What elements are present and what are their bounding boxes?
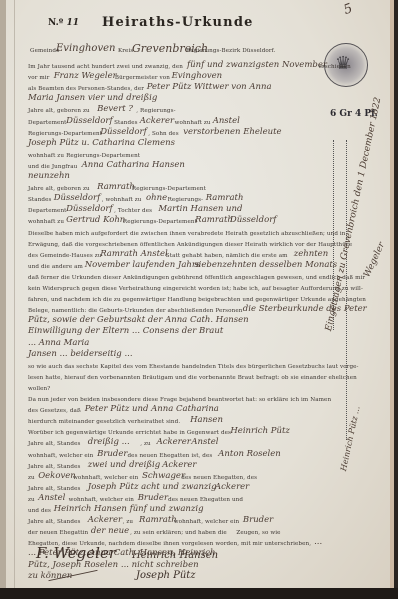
handwritten-entry: Bruder xyxy=(97,449,127,459)
printed-text: Bürgermeister von xyxy=(115,75,170,81)
handwritten-entry: Heinrich Pütz xyxy=(230,426,289,436)
handwritten-entry: Bevert ? xyxy=(97,104,133,114)
printed-text: daß ferner die Urkunden dieser Ankündigu… xyxy=(28,275,365,281)
handwritten-entry: Hansen xyxy=(190,415,223,425)
handwritten-entry: Düsseldorf xyxy=(230,215,277,225)
signature-mayor: F. Wegeler xyxy=(36,544,116,562)
printed-text: wohnhaft zu xyxy=(28,219,64,225)
handwritten-entry: verstorbenen Eheleute xyxy=(183,127,281,137)
document-line: wohnhaft zuGertrud KohnRegierungs-Depart… xyxy=(28,217,318,228)
document-page: N.º 11 Heiraths-Urkunde 5 ♛ 6 Gr 4 Pf. G… xyxy=(6,0,394,588)
handwritten-entry: Bruder xyxy=(243,515,273,525)
handwritten-entry: Heinrich Hansen fünf und zwanzig xyxy=(54,504,204,514)
printed-text: Jahre alt, Standes xyxy=(28,441,80,447)
printed-text: Regierungs-Departement xyxy=(66,153,140,159)
handwritten-entry: Ackerer xyxy=(140,116,174,126)
document-line: der neuen Ehegattinder neue, zu sein erk… xyxy=(28,528,318,539)
handwritten-entry: Evinghoven xyxy=(172,71,223,81)
document-line: Dieselbe haben mich aufgefordert die zwi… xyxy=(28,229,318,240)
handwritten-entry: Joseph Pütz u. Catharina Clemens xyxy=(28,138,175,148)
printed-text: lesen hatte, hierauf den vorbenannten Br… xyxy=(28,375,357,381)
handwritten-entry: der neue xyxy=(91,526,129,536)
handwritten-entry: Anton Roselen xyxy=(218,449,280,459)
printed-text: , Sohn des xyxy=(148,131,179,137)
printed-text: , Tochter des xyxy=(114,208,152,214)
handwritten-entry: Düsseldorf xyxy=(66,116,113,126)
margin-dotted-line xyxy=(346,140,347,440)
corner-mark: 5 xyxy=(342,1,355,18)
handwritten-entry: Peter Pütz Wittwer von Anna xyxy=(147,82,272,92)
printed-text: , wohnhaft zu xyxy=(102,197,142,203)
handwritten-entry: Ramrath xyxy=(206,193,244,203)
printed-text: erschienen xyxy=(319,64,351,70)
handwritten-entry: Ramrath Anstel xyxy=(100,249,168,259)
printed-text: wohnhaft zu xyxy=(28,153,64,159)
printed-text: des neuen Ehegatten und xyxy=(168,497,243,503)
handwritten-entry: Franz Wegeler xyxy=(54,71,117,81)
printed-text: Jahre alt, Standes xyxy=(28,464,80,470)
printed-text: , zu xyxy=(140,441,151,447)
printed-text: der neuen Ehegattin xyxy=(28,530,88,536)
printed-text: , zu xyxy=(123,519,134,525)
document-line: Jansen ... beiderseitig ... xyxy=(28,351,318,362)
printed-text: wohnhaft, welcher ein xyxy=(28,453,93,459)
handwritten-entry: zehnten xyxy=(294,249,328,259)
handwritten-entry: Ackerer xyxy=(157,437,191,447)
printed-text: des Gemeinde-Hauses zu xyxy=(28,253,102,259)
handwritten-entry: fünf und zwanzigsten November xyxy=(187,60,327,70)
printed-text: Statt gehabt haben, nämlich die erste am xyxy=(166,253,288,259)
signature-witness-1: Heinrich Hansen xyxy=(132,550,218,561)
handwritten-entry: die Sterbeurkunde des Peter xyxy=(243,304,367,314)
handwritten-entry: Oekoven xyxy=(38,471,76,481)
printed-text: als Beamten des Personen-Standes, der xyxy=(28,86,144,92)
printed-text: Da nun jeder von beiden insbesondere die… xyxy=(28,397,331,403)
printed-text: Worüber ich gegenwärtige Urkunde erricht… xyxy=(28,430,231,436)
document-line: so wie auch das sechste Kapitel des vom … xyxy=(28,362,318,373)
printed-text: Im Jahr tausend acht hundert zwei und zw… xyxy=(28,64,183,70)
printed-text: fahren, und nachdem ich die zu gegenwärt… xyxy=(28,297,366,303)
printed-text: des neuen Ehegatten, des xyxy=(181,475,257,481)
document-line: Jahre alt, StandesJoseph Pütz acht und z… xyxy=(28,484,318,495)
document-line: neunzehn xyxy=(28,173,318,184)
document-line: kein Widerspruch gegen diese Verheirathu… xyxy=(28,284,318,295)
handwritten-entry: Pütz, sowie der Geburtsakt der Anna Cath… xyxy=(28,315,249,325)
handwritten-entry: Anstel xyxy=(38,493,65,503)
printed-text: wollen? xyxy=(28,386,50,392)
margin-signature: Wegeler xyxy=(362,241,387,279)
printed-text: Regierungs-Departement xyxy=(132,186,206,192)
handwritten-entry: ... xyxy=(314,537,322,547)
handwritten-entry: dreißig ... xyxy=(88,437,130,447)
handwritten-entry: Anna Catharina Hansen xyxy=(82,160,185,170)
printed-text: Erwägung, daß die vorgeschriebenen öffen… xyxy=(28,242,352,248)
handwritten-entry: Düsseldorf xyxy=(54,193,101,203)
document-line: lesen hatte, hierauf den vorbenannten Br… xyxy=(28,373,318,384)
printed-text: kein Widerspruch gegen diese Verheirathu… xyxy=(28,286,363,292)
printed-text: Dieselbe haben mich aufgefordert die zwi… xyxy=(28,231,345,237)
printed-text: Regierungs-Departement xyxy=(28,131,102,137)
handwritten-entry: Düsseldorf xyxy=(66,204,113,214)
handwritten-entry: Martin Hansen und xyxy=(158,204,242,214)
printed-text: Regierungs- xyxy=(168,197,204,203)
handwritten-entry: Gertrud Kohn xyxy=(66,215,125,225)
printed-text: Jahre alt, geboren zu xyxy=(28,186,90,192)
signature-witness-2: Joseph Pütz xyxy=(136,570,196,581)
printed-text: Standes xyxy=(114,120,137,126)
margin-note-lower: Heinrich Pütz ... xyxy=(339,405,362,472)
printed-text: wohnhaft, welcher ein xyxy=(174,519,239,525)
printed-text: Standes xyxy=(28,197,51,203)
printed-text: zu xyxy=(28,475,35,481)
handwritten-entry: Ramrath xyxy=(139,515,177,525)
document-line: Erwägung, daß die vorgeschriebenen öffen… xyxy=(28,240,318,251)
printed-text: hierdurch miteinander gesetzlich verheir… xyxy=(28,419,180,425)
gemeinde-value: Evinghoven xyxy=(56,43,115,54)
printed-text: wohnhaft zu xyxy=(175,120,211,126)
printed-text: Jahre alt, geboren zu xyxy=(28,108,90,114)
handwritten-entry: Anstel xyxy=(191,437,218,447)
document-line: Maria Jansen vier und dreißig xyxy=(28,95,318,106)
handwritten-entry: November laufenden Jahrs xyxy=(85,260,201,270)
document-line: und die JungfrauAnna Catharina Hansen xyxy=(28,162,318,173)
handwritten-entry: neunzehn xyxy=(28,171,70,181)
handwritten-entry: siebenzehnten desselben Monats xyxy=(194,260,337,270)
document-line: daß ferner die Urkunden dieser Ankündigu… xyxy=(28,273,318,284)
document-line: Jahre alt, StandesAckerer, zuRamrathwohn… xyxy=(28,517,318,528)
handwritten-entry: Bruder xyxy=(138,493,168,503)
printed-text: wohnhaft, welcher ein xyxy=(73,475,138,481)
handwritten-entry: Ackerer xyxy=(162,460,196,470)
printed-text: Jahre alt, Standes xyxy=(28,486,80,492)
printed-text: Departement xyxy=(28,120,67,126)
handwritten-entry: Anstel xyxy=(213,116,240,126)
document-title: Heiraths-Urkunde xyxy=(102,15,254,30)
handwritten-entry: Joseph Pütz acht und zwanzig xyxy=(88,482,217,492)
printed-text: , Regierungs- xyxy=(136,108,175,114)
printed-text: des neuen Ehegatten ist, des xyxy=(128,453,213,459)
document-line: und die andere amNovember laufenden Jahr… xyxy=(28,262,318,273)
handwritten-entry: Maria Jansen vier und dreißig xyxy=(28,93,157,103)
handwritten-entry: Ackerer xyxy=(88,515,122,525)
handwritten-entry: ... Anna Maria xyxy=(28,338,89,348)
handwritten-entry: Einwilligung der Eltern ... Consens der … xyxy=(28,326,223,336)
handwritten-entry: Peter Pütz und Anna Catharina xyxy=(85,404,219,414)
document-line: Joseph Pütz u. Catharina Clemens xyxy=(28,140,318,151)
printed-text: vor mir xyxy=(28,75,49,81)
printed-text: Belege, namentlich: die Geburts-Urkunden… xyxy=(28,308,242,314)
document-line: des Gesetzes, daßPeter Pütz und Anna Cat… xyxy=(28,406,318,417)
printed-text: und die Jungfrau xyxy=(28,164,77,170)
printed-text: des Gesetzes, daß xyxy=(28,408,81,414)
printed-text: Zeugen, so wie xyxy=(236,530,280,536)
scan-bottom-edge xyxy=(0,588,398,599)
printed-text: Jahre alt, Standes xyxy=(28,519,80,525)
printed-text: Regierungs-Departement xyxy=(123,219,197,225)
handwritten-entry: Ramrath xyxy=(195,215,233,225)
certificate-number: N.º 11 xyxy=(48,18,79,28)
printed-text: so wie auch das sechste Kapitel des vom … xyxy=(28,364,359,370)
page-fold xyxy=(14,0,15,588)
handwritten-entry: Ackerer xyxy=(215,482,249,492)
bezirk-label: Regierungs-Bezirk Düsseldorf. xyxy=(186,48,276,54)
printed-text: und die andere am xyxy=(28,264,83,270)
handwritten-entry: zwei und dreißig xyxy=(88,460,160,470)
printed-text: Departement xyxy=(28,208,67,214)
printed-text: , zu sein erklären; und haben die xyxy=(130,530,227,536)
handwritten-entry: Jansen ... beiderseitig ... xyxy=(28,349,133,359)
printed-text: zu xyxy=(28,497,35,503)
printed-text: wohnhaft, welcher ein xyxy=(69,497,134,503)
printed-text: und des xyxy=(28,508,51,514)
handwritten-entry: Düsseldorf xyxy=(100,127,147,137)
handwritten-entry: Ramrath xyxy=(97,182,135,192)
handwritten-entry: Schwager xyxy=(142,471,185,481)
handwritten-entry: ohne xyxy=(146,193,167,203)
document-line: wollen? xyxy=(28,384,318,395)
